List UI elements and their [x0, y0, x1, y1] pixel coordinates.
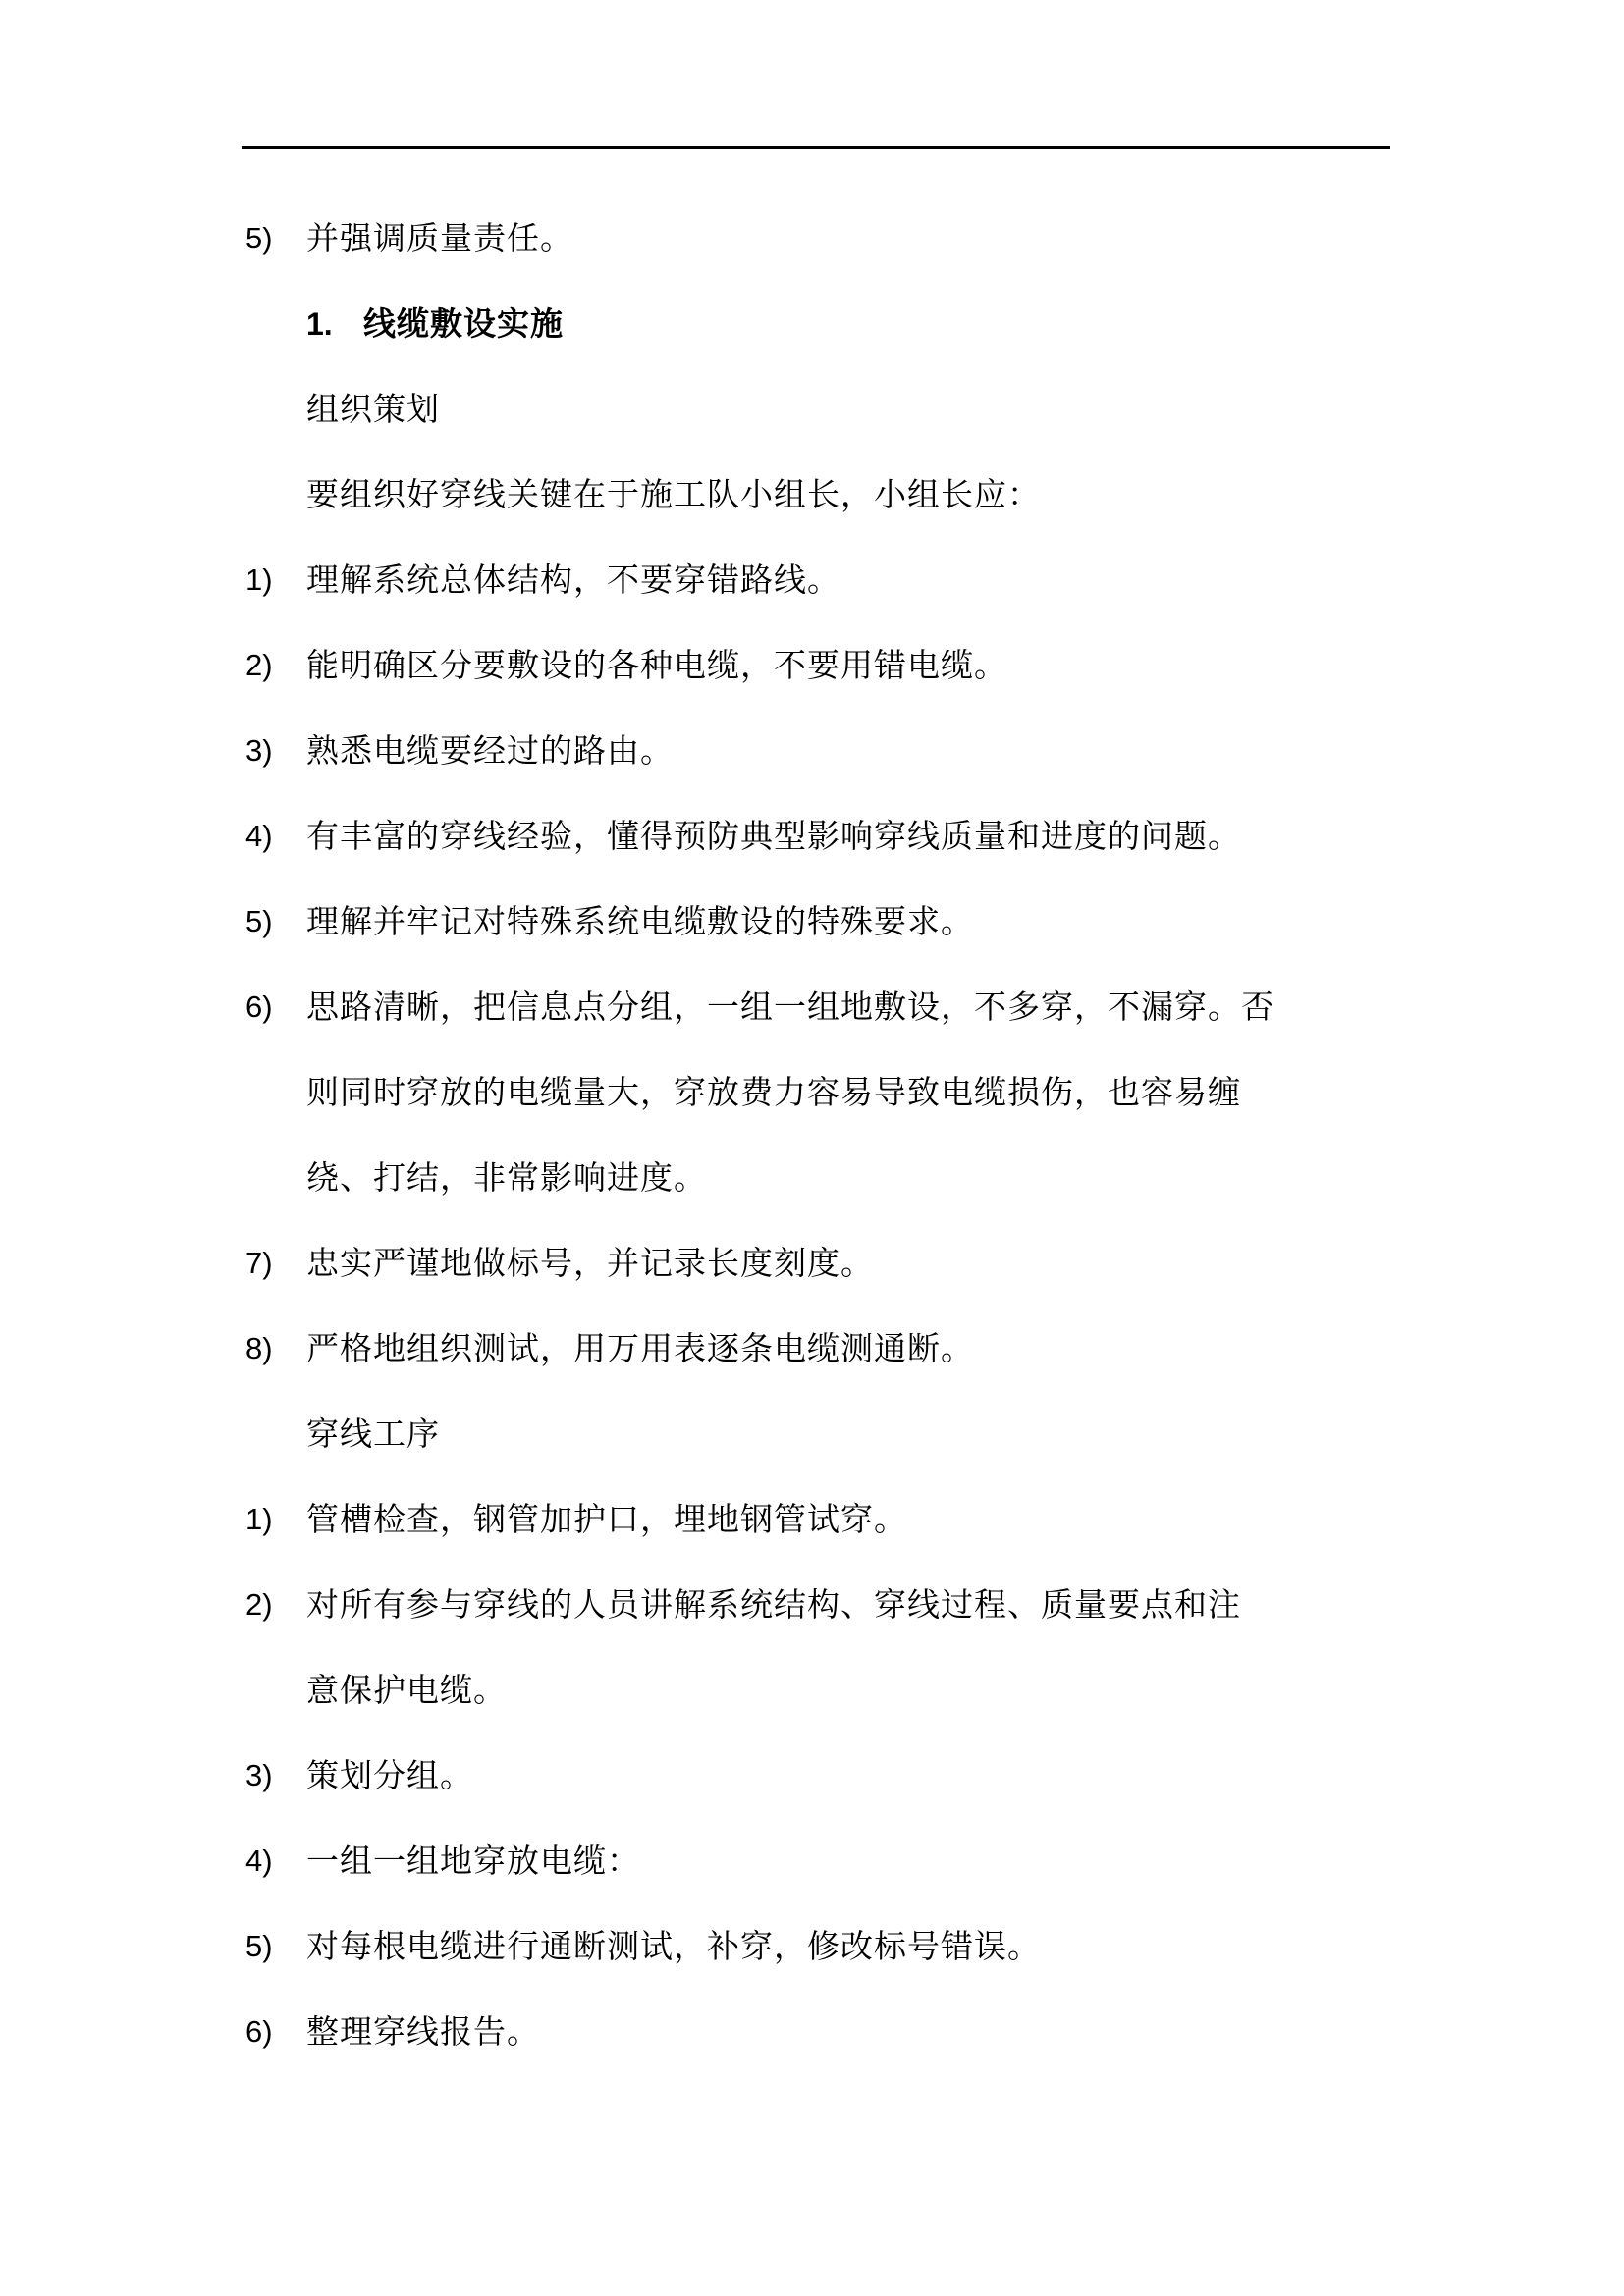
list-item-continuation: 则同时穿放的电缆量大，穿放费力容易导致电缆损伤，也容易缠 — [242, 1063, 1390, 1148]
item-text: 理解并牢记对特殊系统电缆敷设的特殊要求。 — [306, 892, 974, 951]
item-text-line: 则同时穿放的电缆量大，穿放费力容易导致电缆损伤，也容易缠 — [306, 1063, 1241, 1122]
list-item: 1) 管槽检查，钢管加护口，埋地钢管试穿。 — [242, 1490, 1390, 1575]
list-item: 7) 忠实严谨地做标号，并记录长度刻度。 — [242, 1234, 1390, 1319]
item-number: 5) — [245, 1917, 273, 1976]
item-text: 忠实严谨地做标号，并记录长度刻度。 — [306, 1234, 874, 1293]
item-text: 并强调质量责任。 — [306, 209, 573, 268]
item-number: 3) — [245, 1746, 273, 1805]
item-text: 一组一组地穿放电缆： — [306, 1832, 640, 1891]
document-body: 5) 并强调质量责任。 1. 线缆敷设实施 组织策划 要组织好穿线关键在于施工队… — [242, 209, 1390, 2088]
item-text-line: 对所有参与穿线的人员讲解系统结构、穿线过程、质量要点和注 — [306, 1575, 1241, 1634]
item-number: 8) — [245, 1319, 273, 1378]
list-item: 6) 整理穿线报告。 — [242, 2002, 1390, 2088]
list-item: 5) 对每根电缆进行通断测试，补穿，修改标号错误。 — [242, 1917, 1390, 2002]
item-number: 6) — [245, 2002, 273, 2061]
item-text: 整理穿线报告。 — [306, 2002, 540, 2061]
list-item: 6) 思路清晰，把信息点分组，一组一组地敷设，不多穿，不漏穿。否 — [242, 978, 1390, 1063]
item-text: 理解系统总体结构，不要穿错路线。 — [306, 551, 840, 610]
list-item: 3) 策划分组。 — [242, 1746, 1390, 1832]
item-text: 有丰富的穿线经验，懂得预防典型影响穿线质量和进度的问题。 — [306, 807, 1241, 866]
item-number: 4) — [245, 807, 273, 866]
item-text-line: 绕、打结，非常影响进度。 — [306, 1148, 707, 1207]
item-text-line: 意保护电缆。 — [306, 1661, 507, 1720]
list-item-continuation: 意保护电缆。 — [242, 1661, 1390, 1746]
list-item: 5) 理解并牢记对特殊系统电缆敷设的特殊要求。 — [242, 892, 1390, 978]
item-number: 3) — [245, 721, 273, 780]
intro-paragraph: 要组织好穿线关键在于施工队小组长，小组长应： — [242, 465, 1390, 551]
item-number: 7) — [245, 1234, 273, 1293]
item-number: 2) — [245, 636, 273, 695]
list-item: 2) 能明确区分要敷设的各种电缆，不要用错电缆。 — [242, 636, 1390, 721]
section-heading: 1. 线缆敷设实施 — [242, 294, 1390, 380]
header-rule — [242, 146, 1390, 149]
item-number: 1) — [245, 1490, 273, 1549]
item-text: 对每根电缆进行通断测试，补穿，修改标号错误。 — [306, 1917, 1041, 1976]
item-number: 4) — [245, 1832, 273, 1891]
item-text: 能明确区分要敷设的各种电缆，不要用错电缆。 — [306, 636, 1007, 695]
item-number: 2) — [245, 1575, 273, 1634]
list-item: 3) 熟悉电缆要经过的路由。 — [242, 721, 1390, 807]
list-item: 4) 有丰富的穿线经验，懂得预防典型影响穿线质量和进度的问题。 — [242, 807, 1390, 892]
item-number: 6) — [245, 978, 273, 1037]
item-number: 5) — [245, 892, 273, 951]
list-item: 8) 严格地组织测试，用万用表逐条电缆测通断。 — [242, 1319, 1390, 1405]
item-text: 严格地组织测试，用万用表逐条电缆测通断。 — [306, 1319, 974, 1378]
subsection-title: 组织策划 — [242, 380, 1390, 465]
item-number: 5) — [245, 209, 273, 268]
item-number: 1) — [245, 551, 273, 610]
item-text: 熟悉电缆要经过的路由。 — [306, 721, 674, 780]
list-item: 1) 理解系统总体结构，不要穿错路线。 — [242, 551, 1390, 636]
subsection-title: 穿线工序 — [242, 1405, 1390, 1490]
list-item: 4) 一组一组地穿放电缆： — [242, 1832, 1390, 1917]
item-text-line: 思路清晰，把信息点分组，一组一组地敷设，不多穿，不漏穿。否 — [306, 978, 1274, 1037]
item-text: 管槽检查，钢管加护口，埋地钢管试穿。 — [306, 1490, 907, 1549]
section-title: 线缆敷设实施 — [363, 294, 564, 353]
item-text: 策划分组。 — [306, 1746, 473, 1805]
list-item: 5) 并强调质量责任。 — [242, 209, 1390, 294]
section-number: 1. — [306, 294, 333, 353]
list-item-continuation: 绕、打结，非常影响进度。 — [242, 1148, 1390, 1234]
list-item: 2) 对所有参与穿线的人员讲解系统结构、穿线过程、质量要点和注 — [242, 1575, 1390, 1661]
